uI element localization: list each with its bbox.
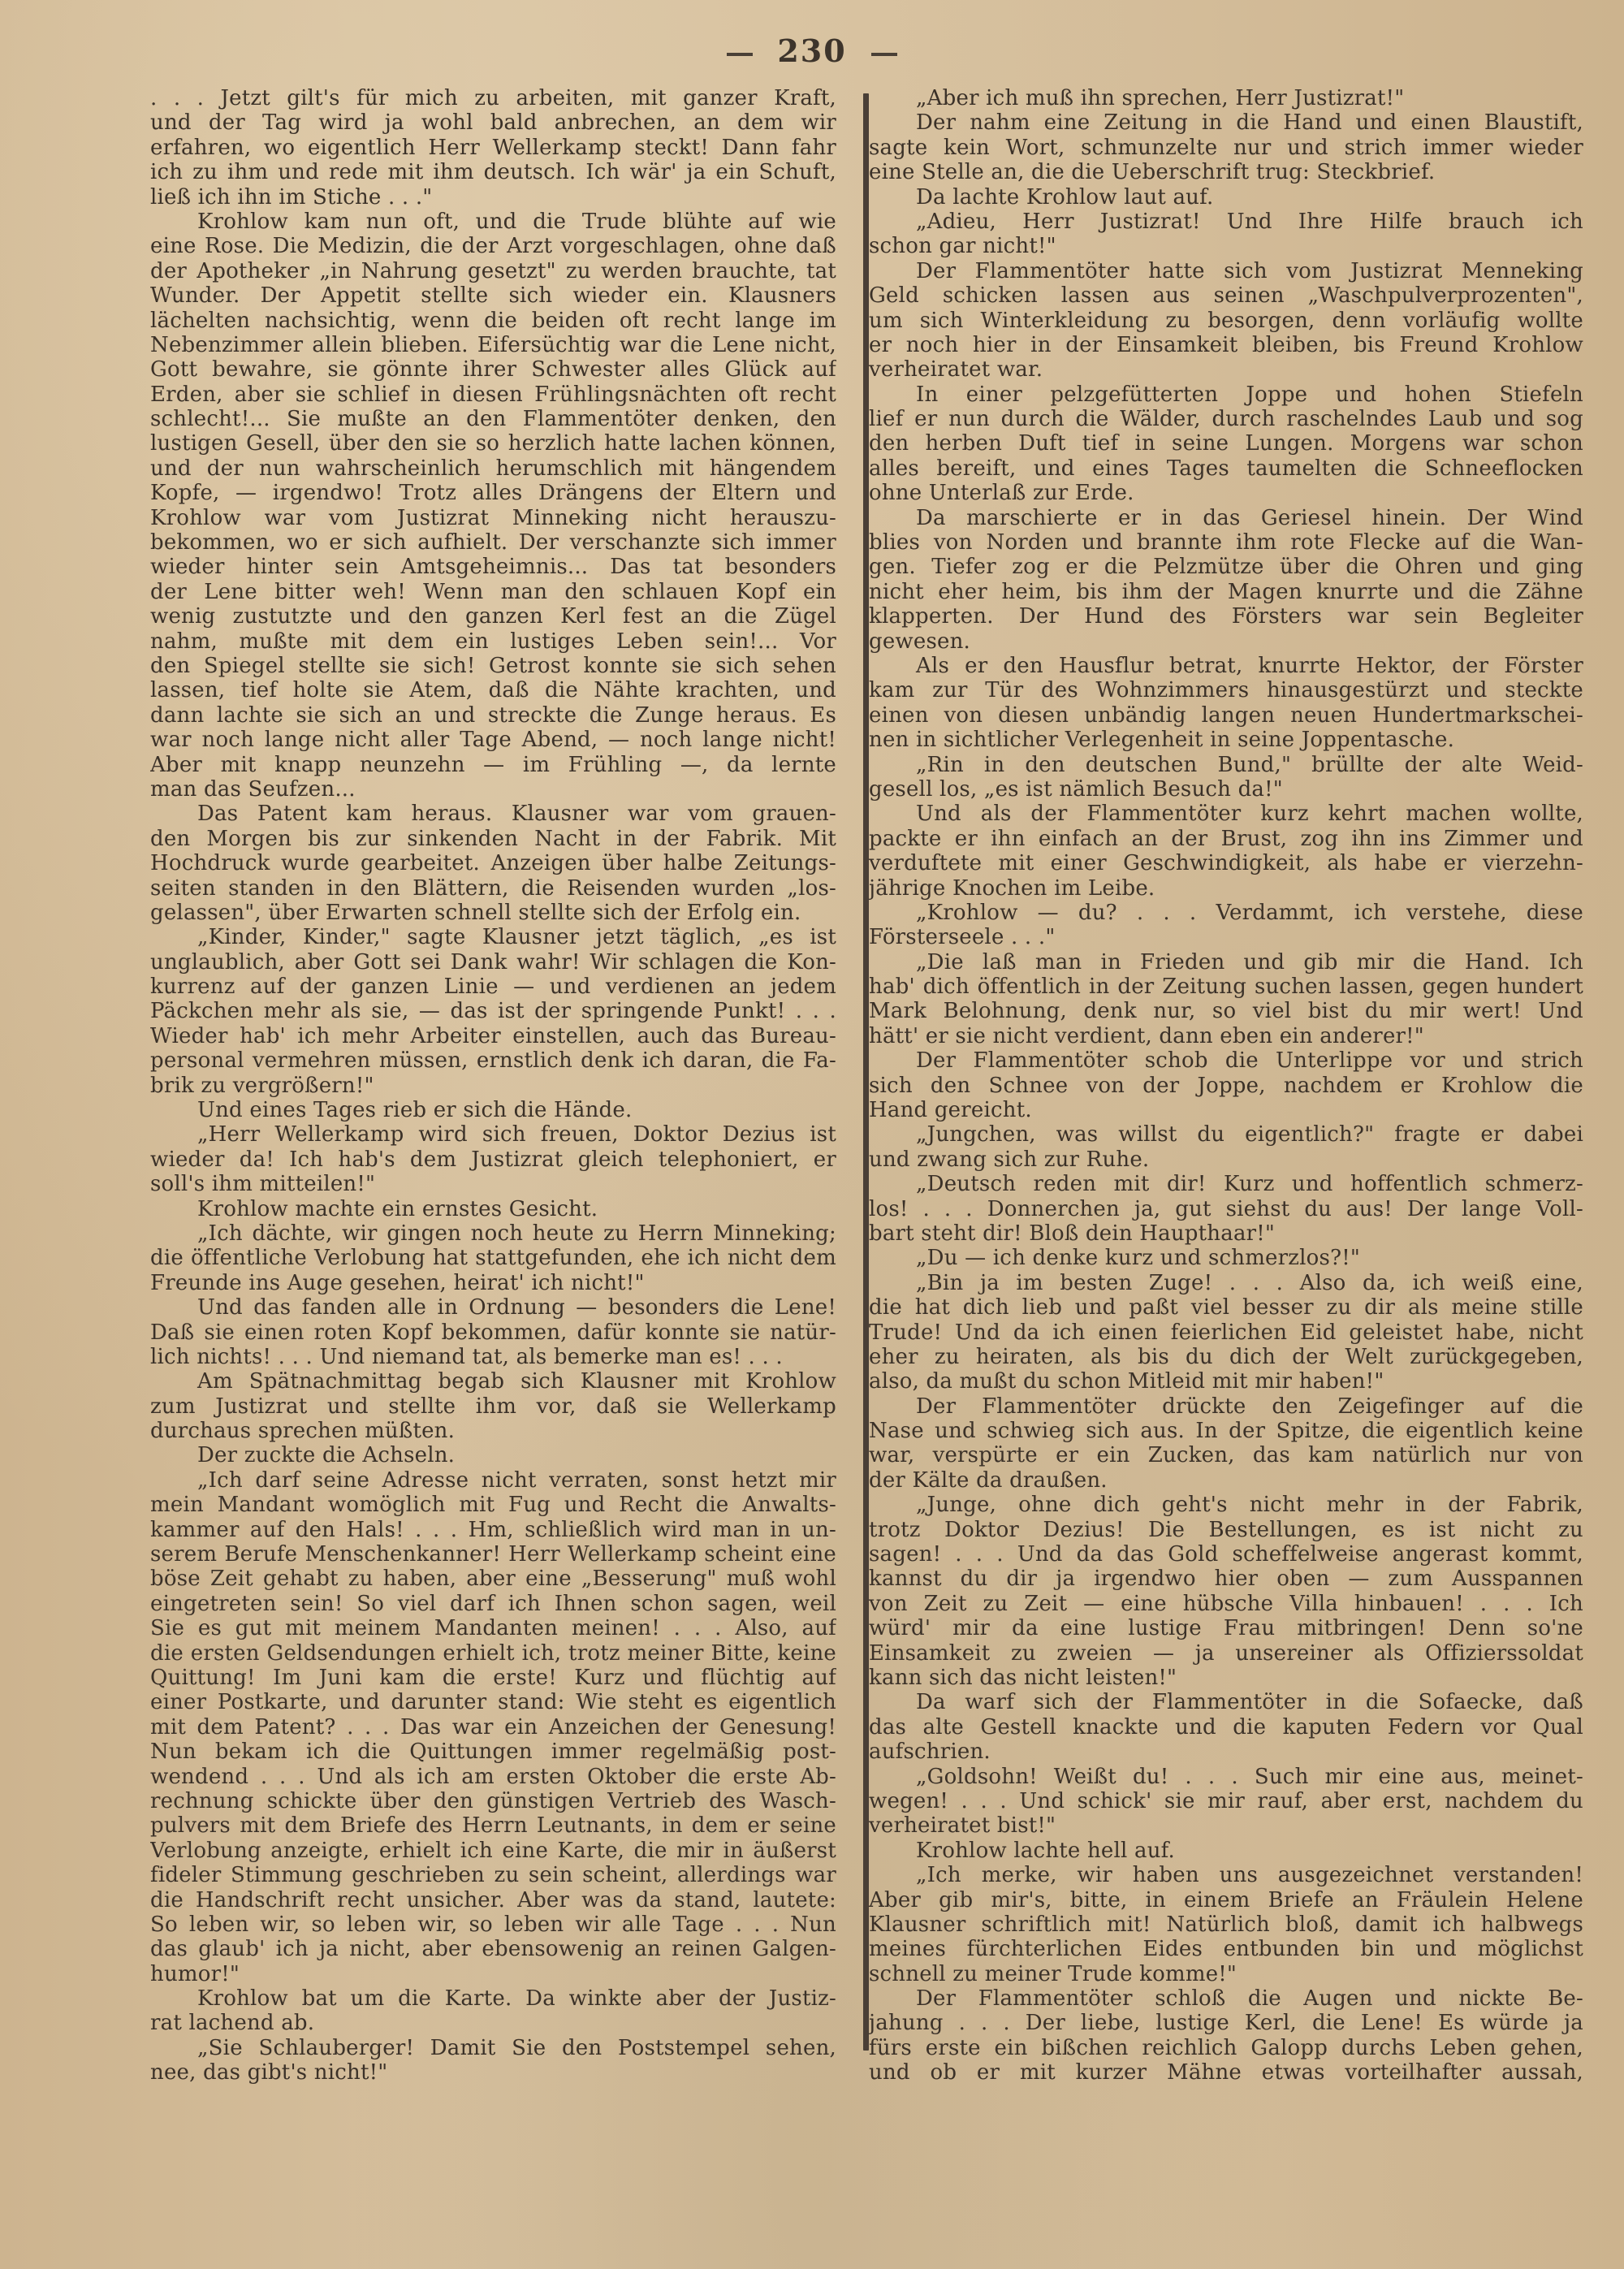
text-line: Kopfe, — irgendwo! Trotz alles Drängens … — [150, 481, 836, 505]
text-line: Nase und schwieg sich aus. In der Spitze… — [869, 1419, 1583, 1443]
text-line: Da lachte Krohlow laut auf. — [869, 185, 1583, 210]
text-line: alles bereift, und eines Tages taumelten… — [869, 456, 1583, 481]
text-line: den Morgen bis zur sinkenden Nacht in de… — [150, 827, 836, 851]
left-text-column: . . . Jetzt gilt's für mich zu arbeiten,… — [150, 86, 836, 2085]
text-line: „Aber ich muß ihn sprechen, Herr Justizr… — [869, 86, 1583, 110]
text-line: In einer pelzgefütterten Joppe und hohen… — [869, 382, 1583, 407]
header-dash-left — [727, 53, 753, 56]
text-line: Aber mit knapp neunzehn — im Frühling —,… — [150, 753, 836, 777]
text-line: brik zu vergrößern!" — [150, 1074, 836, 1098]
text-line: die Handschrift recht unsicher. Aber was… — [150, 1888, 836, 1912]
text-line: „Krohlow — du? . . . Verdammt, ich verst… — [869, 901, 1583, 925]
text-line: fürs erste ein bißchen reichlich Galopp … — [869, 2036, 1583, 2060]
text-line: lustigen Gesell, über den sie so herzlic… — [150, 431, 836, 456]
text-line: und ob er mit kurzer Mähne etwas vorteil… — [869, 2060, 1583, 2085]
text-line: rechnung schickte über den günstigen Ver… — [150, 1789, 836, 1813]
text-line: „Du — ich denke kurz und schmerzlos?!" — [869, 1246, 1583, 1270]
text-line: er noch hier in der Einsamkeit bleiben, … — [869, 333, 1583, 357]
text-line: „Kinder, Kinder," sagte Klausner jetzt t… — [150, 925, 836, 949]
text-line: ich zu ihm und rede mit ihm deutsch. Ich… — [150, 160, 836, 184]
text-line: Quittung! Im Juni kam die erste! Kurz un… — [150, 1666, 836, 1690]
text-line: hätt' er sie nicht verdient, dann eben e… — [869, 1024, 1583, 1048]
text-line: war noch lange nicht aller Tage Abend, —… — [150, 728, 836, 752]
text-line: kannst du dir ja irgendwo hier oben — zu… — [869, 1567, 1583, 1591]
text-line: eine Stelle an, die die Ueberschrift tru… — [869, 160, 1583, 184]
text-line: Der zuckte die Achseln. — [150, 1443, 836, 1467]
text-line: Krohlow bat um die Karte. Da winkte aber… — [150, 1986, 836, 2011]
text-line: humor!" — [150, 1962, 836, 1986]
text-line: kurrenz auf der ganzen Linie — und verdi… — [150, 975, 836, 999]
page-number: 230 — [777, 32, 846, 69]
text-line: trotz Doktor Dezius! Die Bestellungen, e… — [869, 1518, 1583, 1542]
text-line: los! . . . Donnerchen ja, gut siehst du … — [869, 1197, 1583, 1221]
text-line: „Die laß man in Frieden und gib mir die … — [869, 950, 1583, 975]
text-line: Hochdruck wurde gearbeitet. Anzeigen übe… — [150, 851, 836, 875]
text-line: dann lachte sie sich an und streckte die… — [150, 703, 836, 728]
text-line: kammer auf den Hals! . . . Hm, schließli… — [150, 1518, 836, 1542]
text-line: um sich Winterkleidung zu besorgen, denn… — [869, 309, 1583, 333]
text-line: gesell los, „es ist nämlich Besuch da!" — [869, 777, 1583, 802]
text-line: Am Spätnachmittag begab sich Klausner mi… — [150, 1369, 836, 1394]
text-line: die hat dich lieb und paßt viel besser z… — [869, 1295, 1583, 1320]
page-number-header: 230 — [0, 32, 1624, 69]
text-line: und der nun wahrscheinlich herumschlich … — [150, 456, 836, 481]
text-line: Und eines Tages rieb er sich die Hände. — [150, 1098, 836, 1122]
text-line: Der Flammentöter drückte den Zeigefinger… — [869, 1394, 1583, 1419]
text-line: „Goldsohn! Weißt du! . . . Such mir eine… — [869, 1765, 1583, 1789]
text-line: Gott bewahre, sie gönnte ihrer Schwester… — [150, 357, 836, 382]
text-line: eingetreten sein! So viel darf ich Ihnen… — [150, 1592, 836, 1616]
text-line: verheiratet war. — [869, 357, 1583, 382]
text-line: Nebenzimmer allein blieben. Eifersüchtig… — [150, 333, 836, 357]
text-line: „Deutsch reden mit dir! Kurz und hoffent… — [869, 1172, 1583, 1196]
text-line: lief er nun durch die Wälder, durch rasc… — [869, 407, 1583, 431]
text-line: schon gar nicht!" — [869, 234, 1583, 258]
text-line: Der nahm eine Zeitung in die Hand und ei… — [869, 110, 1583, 135]
text-line: Das Patent kam heraus. Klausner war vom … — [150, 802, 836, 826]
text-line: war, verspürte er ein Zucken, das kam na… — [869, 1443, 1583, 1467]
text-line: kann sich das nicht leisten!" — [869, 1666, 1583, 1690]
text-line: „Sie Schlauberger! Damit Sie den Postste… — [150, 2036, 836, 2060]
text-line: von Zeit zu Zeit — eine hübsche Villa hi… — [869, 1592, 1583, 1616]
text-line: Wieder hab' ich mehr Arbeiter einstellen… — [150, 1024, 836, 1048]
text-line: ohne Unterlaß zur Erde. — [869, 481, 1583, 505]
text-line: einer Postkarte, und darunter stand: Wie… — [150, 1690, 836, 1714]
text-line: Trude! Und da ich einen feierlichen Eid … — [869, 1320, 1583, 1345]
text-line: ließ ich ihn im Stiche . . ." — [150, 185, 836, 210]
header-dash-right — [871, 53, 897, 56]
text-line: zum Justizrat und stellte ihm vor, daß s… — [150, 1394, 836, 1419]
text-line: „Ich merke, wir haben uns ausgezeichnet … — [869, 1863, 1583, 1887]
text-line: würd' mir da eine lustige Frau mitbringe… — [869, 1616, 1583, 1640]
text-line: gen. Tiefer zog er die Pelzmütze über di… — [869, 555, 1583, 579]
text-line: So leben wir, so leben wir, so leben wir… — [150, 1912, 836, 1937]
text-line: wenig zustutzte und den ganzen Kerl fest… — [150, 604, 836, 629]
text-line: lich nichts! . . . Und niemand tat, als … — [150, 1345, 836, 1369]
text-line: klapperten. Der Hund des Försters war se… — [869, 604, 1583, 629]
text-line: personal vermehren müssen, ernstlich den… — [150, 1048, 836, 1073]
text-line: schlecht!... Sie mußte an den Flammentöt… — [150, 407, 836, 431]
text-line: und der Tag wird ja wohl bald anbrechen,… — [150, 110, 836, 135]
text-line: gewesen. — [869, 629, 1583, 654]
text-line: nahm, mußte mit dem ein lustiges Leben s… — [150, 629, 836, 654]
text-line: fideler Stimmung geschrieben zu sein sch… — [150, 1863, 836, 1887]
text-line: wendend . . . Und als ich am ersten Okto… — [150, 1765, 836, 1789]
text-line: man das Seufzen... — [150, 777, 836, 802]
text-line: die ersten Geldsendungen erhielt ich, tr… — [150, 1641, 836, 1666]
text-line: rat lachend ab. — [150, 2011, 836, 2035]
text-line: Verlobung anzeigte, erhielt ich eine Kar… — [150, 1839, 836, 1863]
text-line: eher zu heiraten, als bis du dich der We… — [869, 1345, 1583, 1369]
text-line: den Spiegel stellte sie sich! Getrost ko… — [150, 654, 836, 678]
text-line: Der Flammentöter schloß die Augen und ni… — [869, 1986, 1583, 2011]
text-line: und zwang sich zur Ruhe. — [869, 1147, 1583, 1172]
text-line: pulvers mit dem Briefe des Herrn Leutnan… — [150, 1813, 836, 1838]
text-line: verheiratet bist!" — [869, 1813, 1583, 1838]
text-line: serem Berufe Menschenkanner! Herr Weller… — [150, 1542, 836, 1567]
text-line: blies von Norden und brannte ihm rote Fl… — [869, 530, 1583, 555]
text-line: „Jungchen, was willst du eigentlich?" fr… — [869, 1122, 1583, 1147]
text-line: Krohlow war vom Justizrat Minneking nich… — [150, 506, 836, 530]
text-line: packte er ihn einfach an der Brust, zog … — [869, 827, 1583, 851]
text-line: nicht eher heim, bis ihm der Magen knurr… — [869, 580, 1583, 604]
text-line: „Ich dächte, wir gingen noch heute zu He… — [150, 1221, 836, 1246]
text-line: Försterseele . . ." — [869, 925, 1583, 949]
text-line: Geld schicken lassen aus seinen „Waschpu… — [869, 283, 1583, 308]
text-line: der Kälte da draußen. — [869, 1468, 1583, 1493]
text-line: „Rin in den deutschen Bund," brüllte der… — [869, 753, 1583, 777]
text-line: meines fürchterlichen Eides entbunden bi… — [869, 1937, 1583, 1961]
text-line: sagen! . . . Und da das Gold scheffelwei… — [869, 1542, 1583, 1567]
text-line: Und als der Flammentöter kurz kehrt mach… — [869, 802, 1583, 826]
text-line: die öffentliche Verlobung hat stattgefun… — [150, 1246, 836, 1270]
text-line: Aber gib mir's, bitte, in einem Briefe a… — [869, 1888, 1583, 1912]
text-line: Krohlow machte ein ernstes Gesicht. — [150, 1197, 836, 1221]
text-line: „Bin ja im besten Zuge! . . . Also da, i… — [869, 1271, 1583, 1295]
text-line: sagte kein Wort, schmunzelte nur und str… — [869, 136, 1583, 160]
text-line: Klausner schriftlich mit! Natürlich bloß… — [869, 1912, 1583, 1937]
text-line: Hand gereicht. — [869, 1098, 1583, 1122]
text-line: einen von diesen unbändig langen neuen H… — [869, 703, 1583, 728]
text-line: nen in sichtlicher Verlegenheit in seine… — [869, 728, 1583, 752]
right-text-column: „Aber ich muß ihn sprechen, Herr Justizr… — [869, 86, 1583, 2085]
text-line: der Lene bitter weh! Wenn man den schlau… — [150, 580, 836, 604]
text-line: das glaub' ich ja nicht, aber ebensoweni… — [150, 1937, 836, 1961]
text-line: Erden, aber sie schlief in diesen Frühli… — [150, 382, 836, 407]
text-line: Krohlow kam nun oft, und die Trude blüht… — [150, 210, 836, 234]
column-divider-rule — [863, 93, 869, 2051]
text-line: aufschrien. — [869, 1740, 1583, 1764]
text-line: . . . Jetzt gilt's für mich zu arbeiten,… — [150, 86, 836, 110]
text-line: Der Flammentöter hatte sich vom Justizra… — [869, 259, 1583, 283]
text-line: Sie es gut mit meinem Mandanten meinen! … — [150, 1616, 836, 1640]
text-line: Päckchen mehr als sie, — das ist der spr… — [150, 999, 836, 1023]
text-line: Wunder. Der Appetit stellte sich wieder … — [150, 283, 836, 308]
text-line: bart steht dir! Bloß dein Haupthaar!" — [869, 1221, 1583, 1246]
text-line: durchaus sprechen müßten. — [150, 1419, 836, 1443]
text-line: Daß sie einen roten Kopf bekommen, dafür… — [150, 1320, 836, 1345]
text-line: kam zur Tür des Wohnzimmers hinausgestür… — [869, 678, 1583, 702]
text-line: lassen, tief holte sie Atem, daß die Näh… — [150, 678, 836, 702]
text-line: seiten standen in den Blättern, die Reis… — [150, 876, 836, 901]
text-line: also, da mußt du schon Mitleid mit mir h… — [869, 1369, 1583, 1394]
text-line: bekommen, wo er sich aufhielt. Der versc… — [150, 530, 836, 555]
text-line: Der Flammentöter schob die Unterlippe vo… — [869, 1048, 1583, 1073]
text-line: jahung . . . Der liebe, lustige Kerl, di… — [869, 2011, 1583, 2035]
text-line: nee, das gibt's nicht!" — [150, 2060, 836, 2085]
text-line: Mark Belohnung, denk nur, so viel bist d… — [869, 999, 1583, 1023]
text-line: mein Mandant womöglich mit Fug und Recht… — [150, 1493, 836, 1517]
text-line: Als er den Hausflur betrat, knurrte Hekt… — [869, 654, 1583, 678]
text-line: Da warf sich der Flammentöter in die Sof… — [869, 1690, 1583, 1714]
text-line: unglaublich, aber Gott sei Dank wahr! Wi… — [150, 950, 836, 975]
text-line: Und das fanden alle in Ordnung — besonde… — [150, 1295, 836, 1320]
text-line: „Adieu, Herr Justizrat! Und Ihre Hilfe b… — [869, 210, 1583, 234]
text-line: böse Zeit gehabt zu haben, aber eine „Be… — [150, 1567, 836, 1591]
text-line: der Apotheker „in Nahrung gesetzt" zu we… — [150, 259, 836, 283]
text-line: Freunde ins Auge gesehen, heirat' ich ni… — [150, 1271, 836, 1295]
text-line: den herben Duft tief in seine Lungen. Mo… — [869, 431, 1583, 456]
text-line: lächelten nachsichtig, wenn die beiden o… — [150, 309, 836, 333]
text-line: wieder da! Ich hab's dem Justizrat gleic… — [150, 1147, 836, 1172]
text-line: mit dem Patent? . . . Das war ein Anzeic… — [150, 1715, 836, 1740]
text-line: Nun bekam ich die Quittungen immer regel… — [150, 1740, 836, 1764]
text-line: hab' dich öffentlich in der Zeitung such… — [869, 975, 1583, 999]
text-line: gelassen", über Erwarten schnell stellte… — [150, 901, 836, 925]
text-line: „Herr Wellerkamp wird sich freuen, Dokto… — [150, 1122, 836, 1147]
text-line: wieder hinter sein Amtsgeheimnis... Das … — [150, 555, 836, 579]
text-line: „Junge, ohne dich geht's nicht mehr in d… — [869, 1493, 1583, 1517]
text-line: sich den Schnee von der Joppe, nachdem e… — [869, 1074, 1583, 1098]
text-line: „Ich darf seine Adresse nicht verraten, … — [150, 1468, 836, 1493]
text-line: wegen! . . . Und schick' sie mir rauf, a… — [869, 1789, 1583, 1813]
text-line: Einsamkeit zu zweien — ja unsereiner als… — [869, 1641, 1583, 1666]
text-line: schnell zu meiner Trude komme!" — [869, 1962, 1583, 1986]
text-line: Da marschierte er in das Geriesel hinein… — [869, 506, 1583, 530]
text-line: soll's ihm mitteilen!" — [150, 1172, 836, 1196]
text-line: das alte Gestell knackte und die kaputen… — [869, 1715, 1583, 1740]
text-line: eine Rose. Die Medizin, die der Arzt vor… — [150, 234, 836, 258]
text-line: verduftete mit einer Geschwindigkeit, al… — [869, 851, 1583, 875]
text-line: Krohlow lachte hell auf. — [869, 1839, 1583, 1863]
text-line: erfahren, wo eigentlich Herr Wellerkamp … — [150, 136, 836, 160]
text-line: jährige Knochen im Leibe. — [869, 876, 1583, 901]
